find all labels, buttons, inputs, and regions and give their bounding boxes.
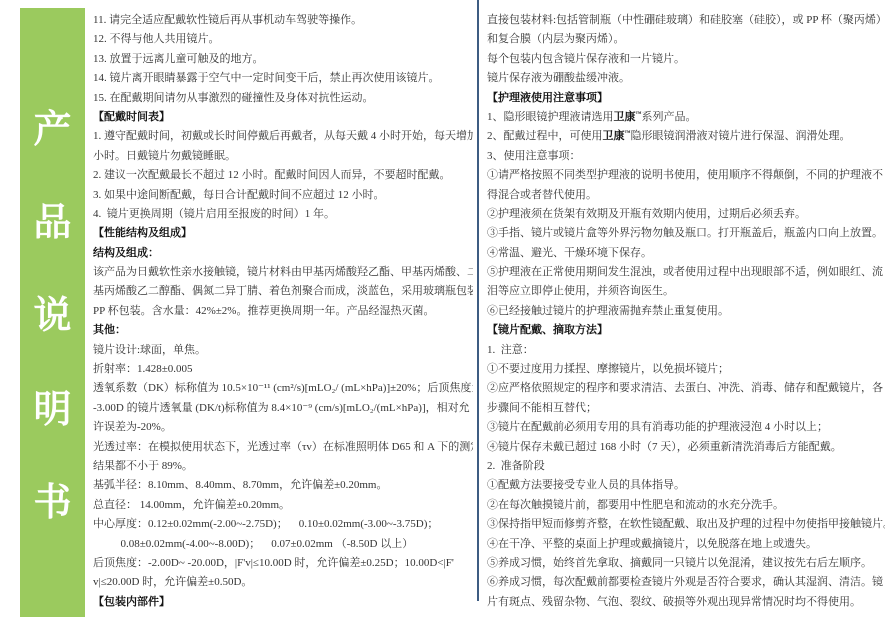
- instruction-manual-page: 产品说明书 11. 请完全适应配戴软性镜后再从事机动车驾驶等操作。12. 不得与…: [0, 0, 889, 623]
- text-segment: 1、隐形眼镜护理液请选用: [487, 111, 614, 123]
- text-segment: 隐形眼镜润滑液对镜片进行保湿、润滑处理。: [631, 130, 851, 142]
- section-heading-line: 其他：: [93, 321, 473, 340]
- text-line: 光透过率：在模拟使用状态下，光透过率（τv）在标准照明体 D65 和 A 下的测…: [93, 438, 473, 457]
- brand-name-bold: 卫康: [614, 111, 636, 123]
- text-line: ③保持指甲短而修剪齐整，在软性镜配戴、取出及护理的过程中勿使指甲接触镜片。: [487, 515, 885, 534]
- text-line: ⑥已经接触过镜片的护理液需抛弃禁止重复使用。: [487, 302, 885, 321]
- text-line: 片有斑点、残留杂物、气泡、裂纹、破损等外观出现异常情况时均不得使用。: [487, 593, 885, 612]
- text-line: ②应严格依照规定的程序和要求清洁、去蛋白、冲洗、消毒、储存和配戴镜片，各: [487, 379, 885, 398]
- text-line: ④镜片保存未戴已超过 168 小时（7 天），必须重新清洗消毒后方能配戴。: [487, 438, 885, 457]
- text-line: ②在每次触摸镜片前，都要用中性肥皂和流动的水充分洗手。: [487, 496, 885, 515]
- section-heading-line: 【配戴时间表】: [93, 108, 473, 127]
- section-heading-line: 【性能结构及组成】: [93, 224, 473, 243]
- text-line: ②护理液须在货架有效期及开瓶有效期内使用，过期后必须丢弃。: [487, 205, 885, 224]
- text-line: 和复合膜（内层为聚丙烯）。: [487, 30, 885, 49]
- text-line: 12. 不得与他人共用镜片。: [93, 30, 473, 49]
- left-text-column: 11. 请完全适应配戴软性镜后再从事机动车驾驶等操作。12. 不得与他人共用镜片…: [93, 11, 473, 612]
- text-line: 3、使用注意事项：: [487, 147, 885, 166]
- sidebar-title: 产品说明书: [20, 8, 85, 617]
- text-line: ③手指、镜片或镜片盒等外界污物勿触及瓶口。打开瓶盖后，瓶盖内口向上放置。: [487, 224, 885, 243]
- text-line: 该产品为日戴软性亲水接触镜，镜片材料由甲基丙烯酸羟乙酯、甲基丙烯酸、二甲: [93, 263, 473, 282]
- text-line: 镜片设计:球面，单焦。: [93, 341, 473, 360]
- text-line: ⑥养成习惯，每次配戴前都要检查镜片外观是否符合要求，确认其湿润、清洁。镜: [487, 573, 885, 592]
- sidebar-title-char: 明: [33, 391, 71, 429]
- right-text-column: 直接包装材料:包括管制瓶（中性硼硅玻璃）和硅胶塞（硅胶），或 PP 杯（聚丙烯）…: [487, 11, 885, 612]
- text-line: 1. 遵守配戴时间，初戴或长时间停戴后再戴者，从每天戴 4 小时开始，每天增加 …: [93, 127, 473, 146]
- column-divider: [477, 0, 479, 601]
- sidebar-title-char: 书: [33, 484, 71, 522]
- text-line: 15. 在配戴期间请勿从事激烈的碰撞性及身体对抗性运动。: [93, 89, 473, 108]
- text-line: 结果都不小于 89%。: [93, 457, 473, 476]
- text-line: 4. 镜片更换周期（镜片启用至报废的时间）1 年。: [93, 205, 473, 224]
- text-line: 2. 建议一次配戴最长不超过 12 小时。配戴时间因人而异，不要超时配戴。: [93, 166, 473, 185]
- section-heading-line: 结构及组成：: [93, 244, 473, 263]
- section-heading-line: 【镜片配戴、摘取方法】: [487, 321, 885, 340]
- text-line: -3.00D 的镜片透氧量 (DK/t)标称值为 8.4×10⁻⁹ (cm/s)…: [93, 399, 473, 418]
- section-heading-line: 【护理液使用注意事项】: [487, 89, 885, 108]
- text-line: 中心厚度：0.12±0.02mm(-2.00~-2.75D)； 0.10±0.0…: [93, 515, 473, 534]
- text-line: ⑤养成习惯，始终首先拿取、摘戴同一只镜片以免混淆，建议按先右后左顺序。: [487, 554, 885, 573]
- text-line: ④常温、避光、干燥环境下保存。: [487, 244, 885, 263]
- text-line: ⑤护理液在正常使用期间发生混浊，或者使用过程中出现眼部不适，例如眼红、流: [487, 263, 885, 282]
- text-line: 镜片保存液为硼酸盐缓冲液。: [487, 69, 885, 88]
- section-heading-line: 【包装内部件】: [93, 593, 473, 612]
- text-line: 得混合或者替代使用。: [487, 186, 885, 205]
- sidebar-title-char: 产: [33, 111, 71, 149]
- sidebar-title-char: 说: [33, 297, 71, 335]
- text-line: 2、配戴过程中，可使用卫康™隐形眼镜润滑液对镜片进行保湿、润滑处理。: [487, 127, 885, 146]
- text-line: 泪等应立即停止使用，并须咨询医生。: [487, 282, 885, 301]
- text-line: 0.08±0.02mm(-4.00~-8.00D)； 0.07±0.02mm （…: [93, 535, 473, 554]
- text-line: 1、隐形眼镜护理液请选用卫康™系列产品。: [487, 108, 885, 127]
- text-line: 许误差为-20%。: [93, 418, 473, 437]
- text-line: ①不要过度用力揉捏、摩擦镜片，以免损坏镜片；: [487, 360, 885, 379]
- text-line: v|≤20.00D 时，允许偏差±0.50D。: [93, 573, 473, 592]
- text-line: 透氧系数（DK）标称值为 10.5×10⁻¹¹ (cm²/s)[mLO₂/ (m…: [93, 379, 473, 398]
- text-line: 11. 请完全适应配戴软性镜后再从事机动车驾驶等操作。: [93, 11, 473, 30]
- text-line: 1. 注意：: [487, 341, 885, 360]
- text-line: 3. 如果中途间断配戴，每日合计配戴时间不应超过 12 小时。: [93, 186, 473, 205]
- text-line: 基弧半径：8.10mm、8.40mm、8.70mm，允许偏差±0.20mm。: [93, 476, 473, 495]
- text-line: ①配戴方法要接受专业人员的具体指导。: [487, 476, 885, 495]
- text-segment: 2、配戴过程中，可使用: [487, 130, 603, 142]
- text-line: 2. 准备阶段: [487, 457, 885, 476]
- text-line: 基丙烯酸乙二醇酯、偶氮二异丁腈、着色剂聚合而成，淡蓝色，采用玻璃瓶包装或: [93, 282, 473, 301]
- brand-name-bold: 卫康: [603, 130, 625, 142]
- text-line: ④在干净、平整的桌面上护理或戴摘镜片，以免脱落在地上或遗失。: [487, 535, 885, 554]
- text-line: 总直径： 14.00mm，允许偏差±0.20mm。: [93, 496, 473, 515]
- text-line: 折射率：1.428±0.005: [93, 360, 473, 379]
- text-segment: 系列产品。: [642, 111, 697, 123]
- text-line: PP 杯包装。含水量：42%±2%。推荐更换周期一年。产品经湿热灭菌。: [93, 302, 473, 321]
- text-line: ①请严格按照不同类型护理液的说明书使用，使用顺序不得颠倒，不同的护理液不: [487, 166, 885, 185]
- text-line: 每个包装内包含镜片保存液和一片镜片。: [487, 50, 885, 69]
- text-line: 14. 镜片离开眼睛暴露于空气中一定时间变干后，禁止再次使用该镜片。: [93, 69, 473, 88]
- text-line: ③镜片在配戴前必须用专用的具有消毒功能的护理液浸泡 4 小时以上；: [487, 418, 885, 437]
- sidebar-title-char: 品: [33, 204, 71, 242]
- text-line: 小时。日戴镜片勿戴镜睡眠。: [93, 147, 473, 166]
- text-line: 13. 放置于远离儿童可触及的地方。: [93, 50, 473, 69]
- text-line: 直接包装材料:包括管制瓶（中性硼硅玻璃）和硅胶塞（硅胶），或 PP 杯（聚丙烯）: [487, 11, 885, 30]
- text-line: 后顶焦度：-2.00D~ -20.00D，|F'v|≤10.00D 时，允许偏差…: [93, 554, 473, 573]
- text-line: 步骤间不能相互替代；: [487, 399, 885, 418]
